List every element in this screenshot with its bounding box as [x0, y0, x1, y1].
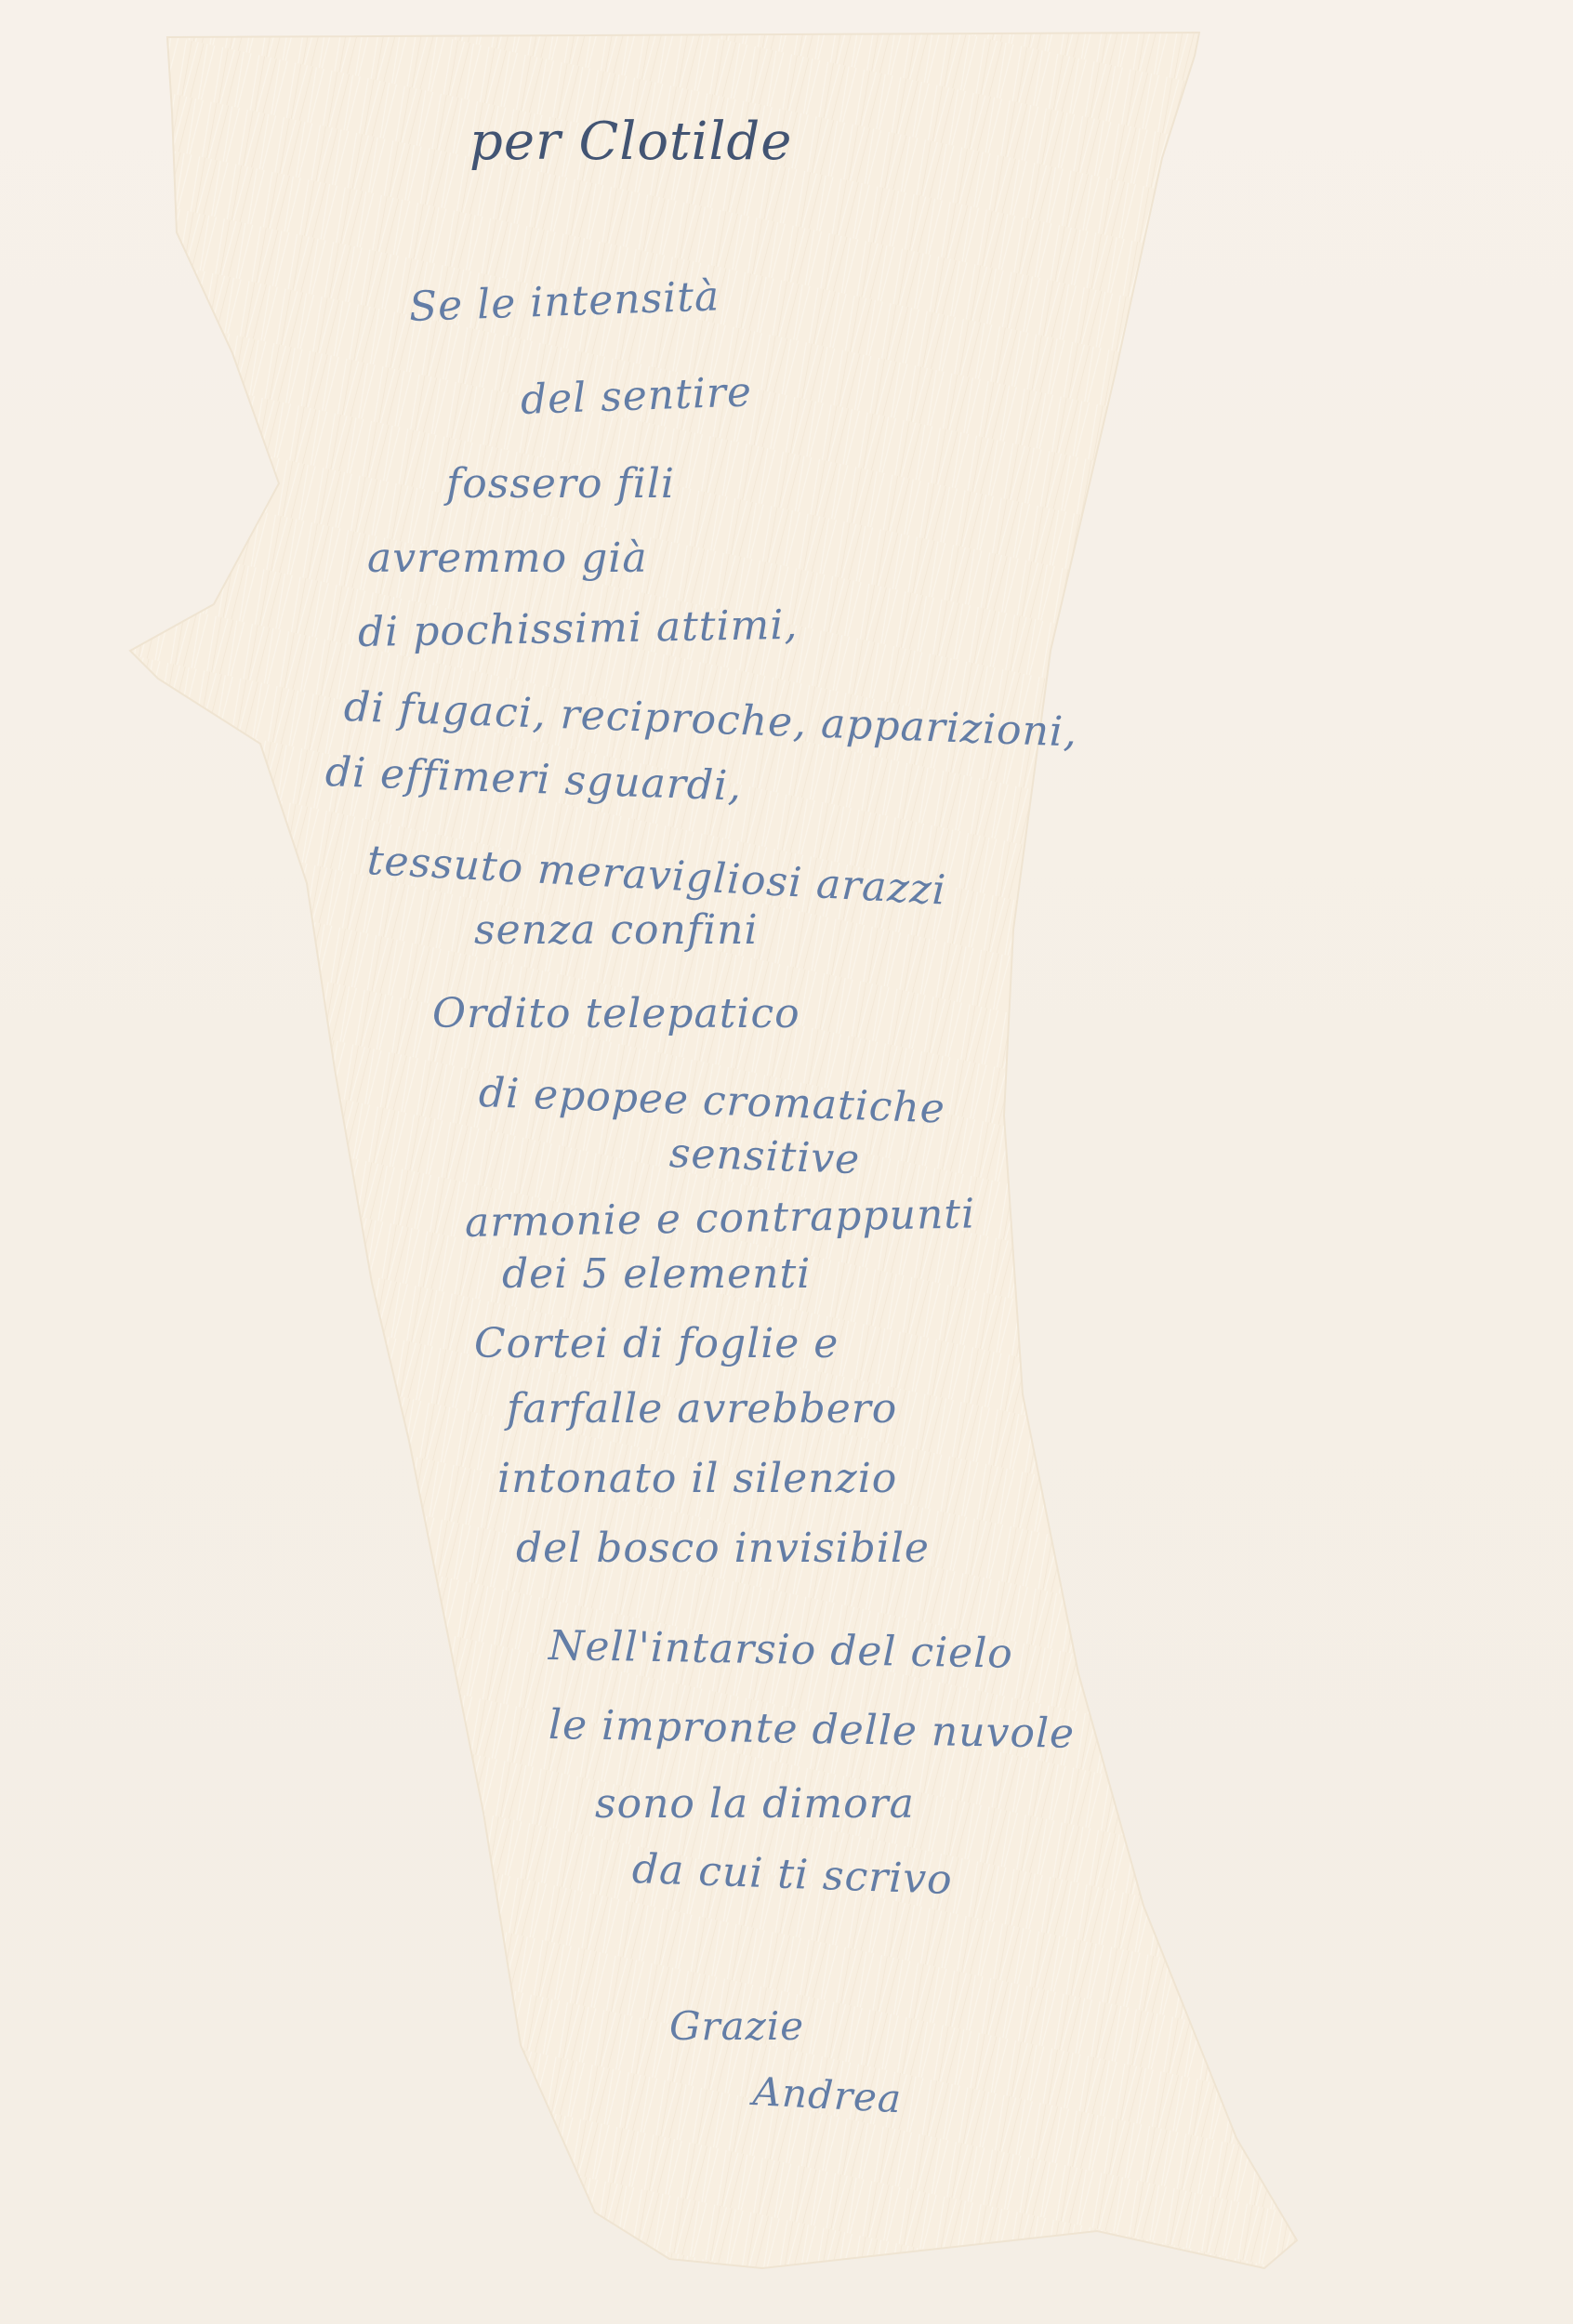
poem-line-3: fossero fili: [446, 460, 675, 508]
poem-line-21: sono la dimora: [595, 1780, 915, 1828]
poem-line-5: di pochissimi attimi,: [358, 601, 799, 656]
poem-line-10: Ordito telepatico: [432, 990, 800, 1037]
poem-line-2: del sentire: [520, 368, 753, 424]
closing: Grazie: [669, 2003, 804, 2049]
poem-line-12: sensitive: [668, 1129, 861, 1183]
poem-line-14: dei 5 elementi: [502, 1250, 811, 1298]
poem-line-9: senza confini: [474, 906, 759, 954]
poem-line-17: intonato il silenzio: [497, 1455, 897, 1502]
poem-line-18: del bosco invisibile: [516, 1525, 930, 1572]
poem-line-16: farfalle avrebbero: [507, 1385, 897, 1433]
signature: Andrea: [752, 2068, 904, 2121]
title: per Clotilde: [469, 112, 792, 172]
poem-line-19: Nell'intarsio del cielo: [549, 1622, 1014, 1678]
poem-line-13: armonie e contrappunti: [465, 1190, 976, 1247]
poem-line-20: le impronte delle nuvole: [549, 1701, 1076, 1758]
poem-line-15: Cortei di foglie e: [474, 1320, 839, 1367]
poem-line-4: avremmo già: [367, 535, 648, 582]
